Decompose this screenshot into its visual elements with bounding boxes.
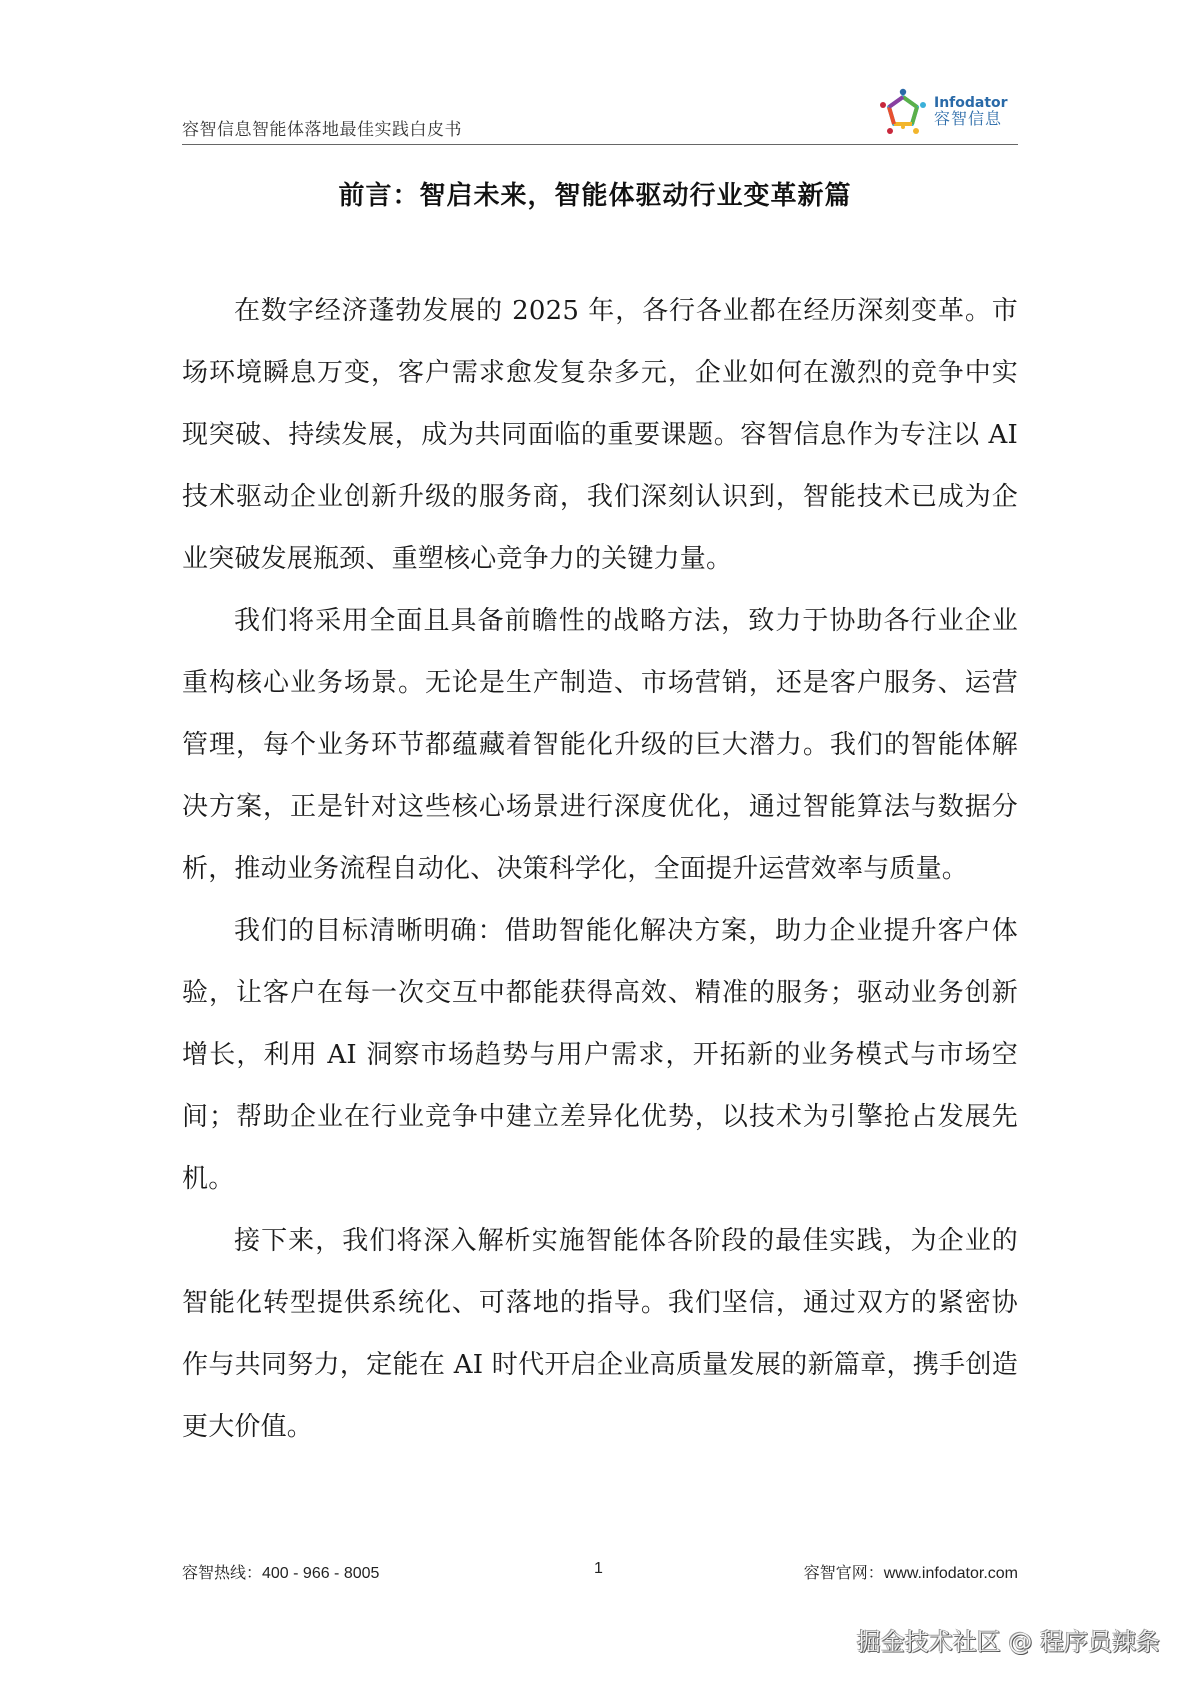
company-logo: Infodator 容智信息 (878, 86, 1018, 138)
page-footer: 容智热线：400 - 966 - 8005 1 容智官网：www.infodat… (182, 1560, 1018, 1590)
watermark: 掘金技术社区 @ 程序员辣条 (857, 1622, 1160, 1657)
paragraph: 我们将采用全面且具备前瞻性的战略方法，致力于协助各行业企业重构核心业务场景。无论… (182, 590, 1018, 900)
header-title: 容智信息智能体落地最佳实践白皮书 (182, 115, 462, 140)
paragraph: 在数字经济蓬勃发展的 2025 年，各行各业都在经历深刻变革。市场环境瞬息万变，… (182, 280, 1018, 590)
infodator-logo-icon (878, 87, 928, 137)
paragraph: 接下来，我们将深入解析实施智能体各阶段的最佳实践，为企业的智能化转型提供系统化、… (182, 1210, 1018, 1458)
logo-wordmark: Infodator 容智信息 (934, 96, 1008, 127)
website-text: 容智官网：www.infodator.com (804, 1560, 1018, 1583)
document-page: 容智信息智能体落地最佳实践白皮书 Infodator 容智信息 前言：智启未来，… (0, 0, 1190, 1682)
body-content: 在数字经济蓬勃发展的 2025 年，各行各业都在经历深刻变革。市场环境瞬息万变，… (182, 280, 1018, 1458)
page-number: 1 (594, 1560, 603, 1578)
page-title: 前言：智启未来，智能体驱动行业变革新篇 (0, 175, 1190, 212)
hotline-text: 容智热线：400 - 966 - 8005 (182, 1560, 379, 1583)
paragraph: 我们的目标清晰明确：借助智能化解决方案，助力企业提升客户体验，让客户在每一次交互… (182, 900, 1018, 1210)
logo-chinese-name: 容智信息 (934, 111, 1008, 128)
header-divider (182, 144, 1018, 145)
